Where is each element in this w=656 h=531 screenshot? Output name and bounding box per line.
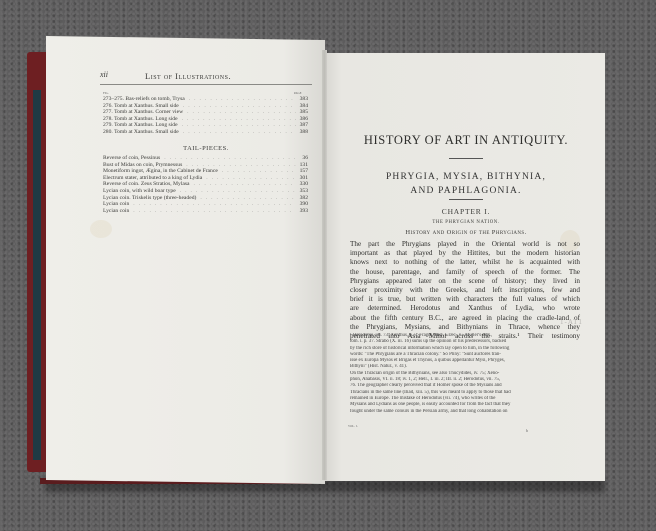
tail-pieces-list: Reverse of coin, Pessinus...............… [103,155,308,214]
column-head-fig: fig. [103,90,109,95]
body-paragraph: The part the Phrygians played in the Ori… [350,240,580,341]
list-item: Reverse of coin, Pessinus...............… [103,155,308,162]
list-item: Lycian coin. Triskelis type (three-heade… [103,195,308,202]
column-head-page: page [294,90,302,95]
book-gutter [322,50,327,480]
list-item: 279. Tomb at Xanthus. Long side.........… [103,122,308,129]
running-head: List of Illustrations. [145,71,231,81]
signature-mark: b [526,428,528,433]
list-item: 276. Tomb at Xanthus. Small side........… [103,103,308,110]
list-item: 273–275. Bas-reliefs on tomb, Trysa.....… [103,96,308,103]
list-item: Lycian coin.............................… [103,201,308,208]
header-rule [100,84,312,85]
list-item: Lycian coin.............................… [103,208,308,215]
list-item: Lycian coin, with wild boar type........… [103,188,308,195]
list-item: 277. Tomb at Xanthus. Corner view.......… [103,109,308,116]
subheading: History and Origin of the Phrygians. [336,229,596,236]
section-heading: THE PHRYGIAN NATION. [336,220,596,225]
tail-pieces-heading: TAIL-PIECES. [100,145,312,152]
page-stain [90,220,112,238]
list-item: 278. Tomb at Xanthus. Long side.........… [103,116,308,123]
title-ornament-rule [449,158,483,159]
signature-volume: vol. i. [348,423,358,428]
illustrations-list: 273–275. Bas-reliefs on tomb, Trysa.....… [103,96,308,136]
subtitle-rule [449,199,483,200]
chapter-heading: CHAPTER I. [336,207,596,216]
pencil-annotation: 1-AT1 [560,318,583,326]
footnotes: ¹ Herodotus, vii. 73; Xanthus, p. 5; Fra… [350,333,580,415]
list-item: 280. Tomb at Xanthus. Small side........… [103,129,308,136]
list-item: Monetiform ingot, Ægina, in the Cabinet … [103,168,308,175]
book-title: HISTORY OF ART IN ANTIQUITY. [336,133,596,148]
book-cover-edge [33,90,41,460]
list-item: Reverse of coin. Zeus Stratios, Mylasa..… [103,181,308,188]
page-folio: xii [100,70,108,79]
book-subtitle: PHRYGIA, MYSIA, BITHYNIA, AND PAPHLAGONI… [336,170,596,198]
